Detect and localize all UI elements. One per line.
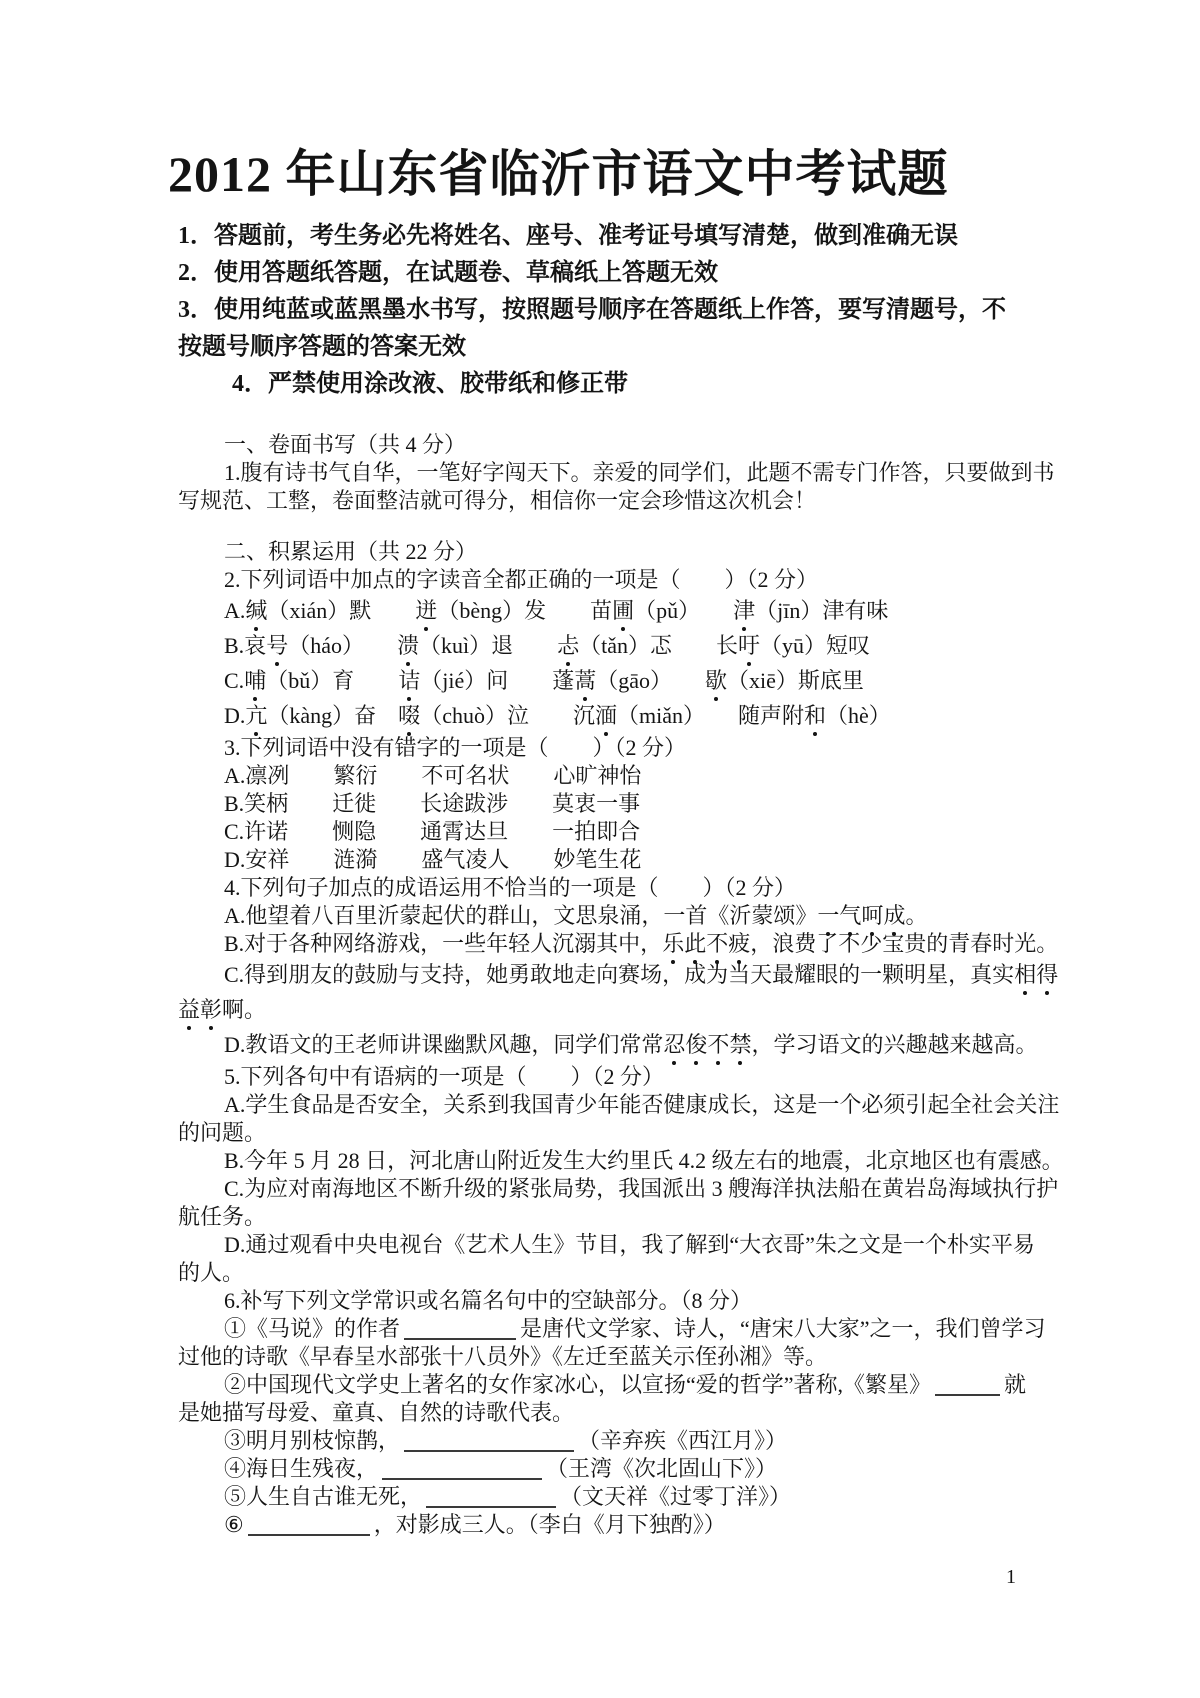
text-segment: ，浪费了不少宝贵的青春时光。: [750, 931, 1058, 956]
text-line: A.学生食品是否安全，关系到我国青少年能否健康成长，这是一个必须引起全社会关注: [178, 1091, 1046, 1119]
text-segment: （xián）默: [267, 598, 415, 623]
text-segment: （文天祥《过零丁洋》）: [560, 1484, 791, 1509]
emphasized-char: 迸: [415, 597, 437, 625]
text-line: D.亢（kàng）奋 啜（chuò）泣 沉湎（miǎn） 随声附和（hè）: [178, 699, 1046, 734]
text-segment: 写规范、工整，卷面整洁就可得分，相信你一定会珍惜这次机会！: [178, 488, 816, 513]
emphasized-char: 不: [707, 1031, 729, 1059]
text-segment: 6.补写下列文学常识或名篇名句中的空缺部分。（8 分）: [224, 1288, 752, 1313]
text-line: 的人。: [178, 1259, 1046, 1287]
text-line: 益彰啊。: [178, 993, 1046, 1028]
text-segment: C.: [224, 668, 244, 693]
answer-blank: [248, 1520, 370, 1536]
text-segment: ②中国现代文学史上著名的女作家冰心，以宣扬“爱的哲学”著称,《繁星》: [224, 1372, 931, 1397]
notice-line: 3．使用纯蓝或蓝黑墨水书写，按照题号顺序在答题纸上作答，要写清题号，不: [178, 292, 1078, 329]
emphasized-char: 歇: [705, 667, 727, 695]
emphasized-char: 乐: [662, 930, 684, 958]
emphasized-char: 湎: [595, 702, 617, 730]
text-segment: 的人。: [178, 1260, 244, 1285]
text-line: 6.补写下列文学常识或名篇名句中的空缺部分。（8 分）: [178, 1287, 1046, 1315]
text-line: D.教语文的王老师讲课幽默风趣，同学们常常忍俊不禁，学习语文的兴趣越来越高。: [178, 1028, 1046, 1063]
emphasized-char: 此: [684, 930, 706, 958]
emphasized-char: 哺: [244, 667, 266, 695]
text-segment: 二、积累运用（共 22 分）: [224, 539, 477, 564]
text-segment: （kuì）退: [419, 633, 557, 658]
emphasized-char: 蒿: [574, 667, 596, 695]
text-segment: 航任务。: [178, 1204, 266, 1229]
text-line: B.哀号（háo） 溃（kuì）退 忐（tǎn）忑 长吁（yū）短叹: [178, 629, 1046, 664]
notice-line: 按题号顺序答题的答案无效: [178, 329, 1078, 366]
emphasized-char: 津: [733, 597, 755, 625]
text-line: 4.下列句子加点的成语运用不恰当的一项是（ ）（2 分）: [178, 874, 1046, 902]
emphasized-char: 得: [1036, 961, 1058, 989]
text-segment: A.学生食品是否安全，关系到我国青少年能否健康成长，这是一个必须引起全社会关注: [224, 1092, 1059, 1117]
text-segment: B.哀: [224, 633, 266, 658]
text-segment: 2.下列词语中加点的字读音全都正确的一项是（ ）（2 分）: [224, 567, 818, 592]
text-segment: 啊。: [222, 997, 266, 1022]
text-segment: （hè）: [826, 703, 891, 728]
emphasized-char: 缄: [245, 597, 267, 625]
text-segment: C.许诺 恻隐 通霄达旦 一拍即合: [224, 819, 640, 844]
text-line: 1.腹有诗书气自华，一笔好字闯天下。亲爱的同学们，此题不需专门作答，只要做到书: [178, 459, 1046, 487]
text-line: ④海日生残夜，（王湾《次北固山下》）: [178, 1455, 1046, 1483]
text-line: C.哺（bǔ）育 诘（jié）问 蓬蒿（gāo） 歇（xiē）斯底里: [178, 664, 1046, 699]
emphasized-char: 气: [839, 902, 861, 930]
text-segment: 过他的诗歌《早春呈水部张十八员外》《左迁至蓝关示侄孙湘》等。: [178, 1344, 827, 1369]
text-segment: （háo）: [288, 633, 397, 658]
text-line: A.缄（xián）默 迸（bèng）发 苗圃（pǔ） 津（jīn）津有味: [178, 594, 1046, 629]
text-segment: 一、卷面书写（共 4 分）: [224, 432, 466, 457]
text-line: 2.下列词语中加点的字读音全都正确的一项是（ ）（2 分）: [178, 566, 1046, 594]
notice-line: 2．使用答题纸答题，在试题卷、草稿纸上答题无效: [178, 255, 1078, 292]
answer-blank: [935, 1380, 1000, 1396]
emphasized-char: 益: [178, 996, 200, 1024]
text-line: B.对于各种网络游戏，一些年轻人沉溺其中，乐此不疲，浪费了不少宝贵的青春时光。: [178, 930, 1046, 958]
answer-blank: [382, 1464, 542, 1480]
emphasized-char: 忍: [663, 1031, 685, 1059]
text-segment: D.教语文的王老师讲课幽默风趣，同学们常常: [224, 1032, 663, 1057]
text-segment: C.得到朋友的鼓励与支持，她勇敢地走向赛场，成为当天最耀眼的一颗明星，真实: [224, 962, 1014, 987]
emphasized-char: 吁: [738, 632, 760, 660]
text-line: 是她描写母爱、童真、自然的诗歌代表。: [178, 1399, 1046, 1427]
answer-blank: [404, 1436, 574, 1452]
text-line: C.得到朋友的鼓励与支持，她勇敢地走向赛场，成为当天最耀眼的一颗明星，真实相得: [178, 958, 1046, 993]
text-segment: C.为应对南海地区不断升级的紧张局势，我国派出 3 艘海洋执法船在黄岩岛海域执行…: [224, 1176, 1058, 1201]
text-line: 二、积累运用（共 22 分）: [178, 538, 1046, 566]
emphasized-char: 呵: [861, 902, 883, 930]
text-segment: 1.腹有诗书气自华，一笔好字闯天下。亲爱的同学们，此题不需专门作答，只要做到书: [224, 460, 1055, 485]
notice-line: 4．严禁使用涂改液、胶带纸和修正带: [178, 366, 1078, 403]
text-segment: 5.下列各句中有语病的一项是（ ）（2 分）: [224, 1064, 664, 1089]
emphasized-char: 禁: [729, 1031, 751, 1059]
text-segment: A.他望着八百里沂蒙起伏的群山，文思泉涌，一首《沂蒙颂》: [224, 903, 817, 928]
text-segment: （bǔ）育: [266, 668, 398, 693]
emphasized-char: 和: [804, 702, 826, 730]
text-line: ②中国现代文学史上著名的女作家冰心，以宣扬“爱的哲学”著称,《繁星》就: [178, 1371, 1046, 1399]
text-line: 航任务。: [178, 1203, 1046, 1231]
text-segment: （xiē）斯底里: [727, 668, 864, 693]
text-line: B.笑柄 迁徙 长途跋涉 莫衷一事: [178, 790, 1046, 818]
text-segment: A.: [224, 598, 245, 623]
text-segment: 。: [905, 903, 927, 928]
text-segment: （bèng）发 苗: [437, 598, 612, 623]
text-line: A.凛冽 繁衍 不可名状 心旷神怡: [178, 762, 1046, 790]
text-segment: D.: [224, 703, 245, 728]
text-line: D.安祥 涟漪 盛气凌人 妙笔生花: [178, 846, 1046, 874]
text-segment: D.安祥 涟漪 盛气凌人 妙笔生花: [224, 847, 641, 872]
text-segment: ⑥: [224, 1512, 244, 1537]
text-segment: 是她描写母爱、童真、自然的诗歌代表。: [178, 1400, 574, 1425]
text-line: ⑥，对影成三人。（李白《月下独酌》）: [178, 1511, 1046, 1539]
emphasized-char: 诘: [398, 667, 420, 695]
text-segment: （chuò）泣 沉: [420, 703, 595, 728]
text-segment: ，学习语文的兴趣越来越高。: [751, 1032, 1037, 1057]
text-segment: （辛弃疾《西江月》）: [578, 1428, 787, 1453]
emphasized-char: 相: [1014, 961, 1036, 989]
text-segment: 4.下列句子加点的成语运用不恰当的一项是（ ）（2 分）: [224, 875, 796, 900]
answer-blank: [426, 1492, 556, 1508]
text-segment: 的问题。: [178, 1120, 266, 1145]
text-segment: ，对影成三人。（李白《月下独酌》）: [374, 1512, 726, 1537]
exam-title: 2012 年山东省临沂市语文中考试题: [168, 0, 1200, 206]
emphasized-char: 忐: [557, 632, 579, 660]
text-line: 的问题。: [178, 1119, 1046, 1147]
text-segment: （miǎn） 随声附: [617, 703, 804, 728]
text-segment: （pǔ）: [634, 598, 733, 623]
text-segment: ③明月别枝惊鹊，: [224, 1428, 400, 1453]
exam-page: 2012 年山东省临沂市语文中考试题 1．答题前，考生务必先将姓名、座号、准考证…: [0, 0, 1200, 1698]
text-line: C.为应对南海地区不断升级的紧张局势，我国派出 3 艘海洋执法船在黄岩岛海域执行…: [178, 1175, 1046, 1203]
emphasized-char: 俊: [685, 1031, 707, 1059]
text-segment: 是唐代文学家、诗人，“唐宋八大家”之一，我们曾学习: [520, 1316, 1046, 1341]
text-segment: ⑤人生自古谁无死，: [224, 1484, 422, 1509]
emphasized-char: 亢: [245, 702, 267, 730]
text-segment: A.凛冽 繁衍 不可名状 心旷神怡: [224, 763, 641, 788]
answer-blank: [404, 1324, 516, 1340]
text-line: D.通过观看中央电视台《艺术人生》节目，我了解到“大衣哥”朱之文是一个朴实平易: [178, 1231, 1046, 1259]
text-line: 一、卷面书写（共 4 分）: [178, 431, 1046, 459]
emphasized-char: 溃: [397, 632, 419, 660]
text-segment: ④海日生残夜，: [224, 1456, 378, 1481]
text-segment: 3.下列词语中没有错字的一项是（ ）（2 分）: [224, 735, 686, 760]
text-line: C.许诺 恻隐 通霄达旦 一拍即合: [178, 818, 1046, 846]
emphasized-char: 一: [817, 902, 839, 930]
text-line: ⑤人生自古谁无死，（文天祥《过零丁洋》）: [178, 1483, 1046, 1511]
text-segment: B.对于各种网络游戏，一些年轻人沉溺其中，: [224, 931, 662, 956]
text-segment: （jié）问 蓬: [420, 668, 574, 693]
text-line: B.今年 5 月 28 日，河北唐山附近发生大约里氏 4.2 级左右的地震，北京…: [178, 1147, 1046, 1175]
text-segment: （王湾《次北固山下》）: [546, 1456, 777, 1481]
emphasized-char: 疲: [728, 930, 750, 958]
text-line: 5.下列各句中有语病的一项是（ ）（2 分）: [178, 1063, 1046, 1091]
emphasized-char: 圃: [612, 597, 634, 625]
text-line: A.他望着八百里沂蒙起伏的群山，文思泉涌，一首《沂蒙颂》一气呵成。: [178, 902, 1046, 930]
emphasized-char: 不: [706, 930, 728, 958]
emphasized-char: 号: [266, 632, 288, 660]
emphasized-char: 成: [883, 902, 905, 930]
text-segment: B.今年 5 月 28 日，河北唐山附近发生大约里氏 4.2 级左右的地震，北京…: [224, 1148, 1064, 1173]
text-line: ①《马说》的作者是唐代文学家、诗人，“唐宋八大家”之一，我们曾学习: [178, 1315, 1046, 1343]
notice-line: 1．答题前，考生务必先将姓名、座号、准考证号填写清楚，做到准确无误: [178, 218, 1078, 255]
emphasized-char: 啜: [398, 702, 420, 730]
text-segment: （gāo）: [596, 668, 705, 693]
notice-block: 1．答题前，考生务必先将姓名、座号、准考证号填写清楚，做到准确无误2．使用答题纸…: [178, 218, 1078, 403]
text-line: 写规范、工整，卷面整洁就可得分，相信你一定会珍惜这次机会！: [178, 487, 1046, 515]
text-segment: 就: [1004, 1372, 1026, 1397]
text-line: ③明月别枝惊鹊，（辛弃疾《西江月》）: [178, 1427, 1046, 1455]
text-segment: （tǎn）忑 长: [579, 633, 738, 658]
text-segment: （kàng）奋: [267, 703, 398, 728]
text-line: 3.下列词语中没有错字的一项是（ ）（2 分）: [178, 734, 1046, 762]
exam-body: 一、卷面书写（共 4 分）1.腹有诗书气自华，一笔好字闯天下。亲爱的同学们，此题…: [178, 431, 1046, 1539]
text-segment: （yū）短叹: [760, 633, 870, 658]
text-segment: ①《马说》的作者: [224, 1316, 400, 1341]
emphasized-char: 彰: [200, 996, 222, 1024]
text-segment: （jīn）津有味: [755, 598, 888, 623]
text-line: 过他的诗歌《早春呈水部张十八员外》《左迁至蓝关示侄孙湘》等。: [178, 1343, 1046, 1371]
page-number: 1: [1006, 1566, 1016, 1589]
text-segment: D.通过观看中央电视台《艺术人生》节目，我了解到“大衣哥”朱之文是一个朴实平易: [224, 1232, 1035, 1257]
text-segment: B.笑柄 迁徙 长途跋涉 莫衷一事: [224, 791, 640, 816]
